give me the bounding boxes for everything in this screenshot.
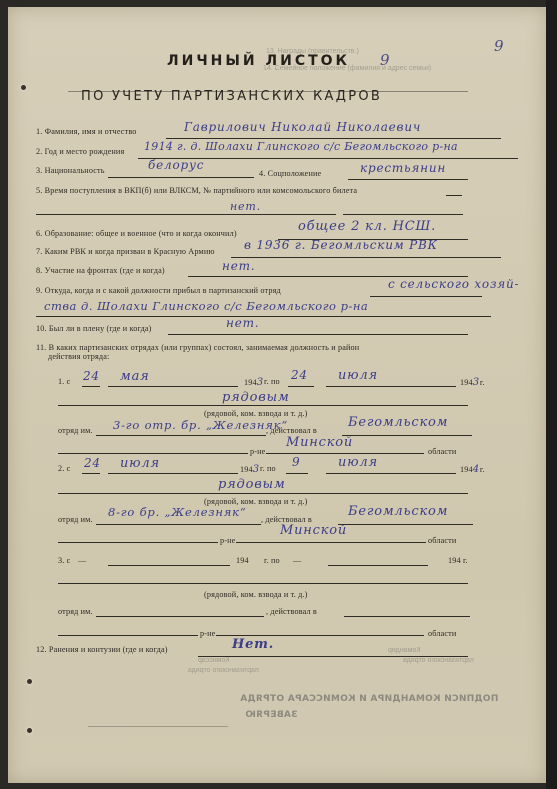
det-to-year: 194 г. — [448, 556, 468, 565]
det-to-label: г. по — [260, 464, 276, 473]
unit-label: отряд им. — [58, 426, 93, 435]
det-to-year: 1944г. — [460, 464, 485, 475]
field-3-label: 3. Национальность — [36, 166, 105, 175]
scan-edge-shadow — [546, 0, 557, 789]
det-unit: 8-го бр. „Железняк“ — [108, 505, 247, 519]
region-underline — [266, 453, 424, 454]
field-1-value: Гаврилович Николай Николаевич — [184, 120, 421, 134]
acted-label: , действовал в — [266, 426, 317, 435]
field-12-underline — [198, 656, 468, 657]
det-to-label: г. по — [264, 377, 280, 386]
month-underline — [108, 386, 238, 387]
field-9-underline-2 — [36, 316, 491, 317]
field-5-dash — [446, 195, 462, 196]
field-11-label-2: действия отряда: — [48, 352, 109, 361]
field-12-value: Нет. — [232, 637, 274, 652]
document-title: ЛИЧНЫЙ ЛИСТОК — [167, 53, 350, 69]
det-to-month: июля — [338, 455, 378, 470]
position-caption: (рядовой, ком. взвода и т. д.) — [204, 409, 308, 418]
det-district: Бегомльском — [348, 415, 448, 430]
field-10-label: 10. Был ли в плену (где и когда) — [36, 324, 152, 333]
bleed-line — [88, 726, 228, 727]
det-num: 1. с — [58, 377, 70, 386]
field-5-underline — [36, 214, 336, 215]
det-from-day: 24 — [83, 369, 100, 383]
unit-underline — [96, 524, 261, 525]
month-underline — [108, 565, 230, 566]
det-region: Минской — [286, 435, 353, 450]
handwritten-sheet-number: 9 — [380, 51, 390, 69]
det-from-month: мая — [120, 369, 150, 384]
district-underline — [338, 524, 473, 525]
field-8-value: нет. — [222, 259, 255, 273]
region-label: области — [428, 447, 456, 456]
det-to-label: г. по — [264, 556, 280, 565]
field-5-label: 5. Время поступления в ВКП(б) или ВЛКСМ,… — [36, 186, 357, 195]
field-2-label: 2. Год и место рождения — [36, 147, 124, 156]
det-from-year: 1943 — [244, 377, 264, 388]
bleed-text: Комиссар — [198, 657, 229, 664]
det-to-day: 24 — [291, 368, 308, 382]
punch-hole — [21, 85, 26, 90]
unit-label: отряд им. — [58, 515, 93, 524]
day-underline — [288, 386, 314, 387]
field-9-value-line2: ства д. Шолахи Глинского с/с Бегомльског… — [44, 299, 368, 313]
position-underline — [58, 493, 468, 494]
field-7-label: 7. Каким РВК и когда призван в Красную А… — [36, 247, 215, 256]
field-9-underline — [370, 296, 482, 297]
position-underline — [58, 405, 468, 406]
det-district: Бегомльском — [348, 504, 448, 519]
unit-underline — [96, 435, 266, 436]
region-underline — [236, 542, 426, 543]
bleed-text: партизанского отряда — [188, 667, 259, 674]
month-underline — [108, 473, 238, 474]
field-10-value: нет. — [226, 316, 259, 330]
district-underline — [344, 616, 470, 617]
month-underline — [326, 473, 456, 474]
bleed-text: партизанского отряда — [403, 657, 474, 664]
field-9-label: 9. Откуда, когда и с какой должности при… — [36, 286, 281, 295]
bleed-stamp: ЗАВЕРЯЮ — [245, 710, 298, 720]
field-3-underline — [108, 177, 254, 178]
bleed-stamp: ПОДПИСИ КОМАНДИРА И КОМИССАРА ОТРЯДА — [240, 694, 498, 704]
field-6-value: общее 2 кл. НСШ. — [298, 219, 436, 234]
field-11-label: 11. В каких партизанских отрядах (или гр… — [36, 343, 359, 352]
field-2-value: 1914 г. д. Шолахи Глинского с/с Бегомльс… — [144, 140, 458, 153]
position-caption: (рядовой, ком. взвода и т. д.) — [204, 590, 308, 599]
district-label: р-не — [250, 447, 265, 456]
det-from-year: 194 — [236, 556, 249, 565]
document-subtitle: ПО УЧЕТУ ПАРТИЗАНСКИХ КАДРОВ — [81, 89, 382, 104]
field-4-label: 4. Соцположение — [259, 169, 321, 178]
region-underline — [216, 635, 424, 636]
day-underline — [286, 473, 308, 474]
field-5-underline-2 — [343, 214, 463, 215]
day-underline — [82, 386, 100, 387]
det-unit: 3-го отр. бр. „Железняк“ — [113, 418, 288, 432]
det-num: 3. с — [58, 556, 70, 565]
acted-label: , действовал в — [266, 607, 317, 616]
district-label: р-не — [200, 629, 215, 638]
unit-underline — [96, 616, 264, 617]
det-to-year: 1943г. — [460, 377, 485, 388]
field-5-value: нет. — [230, 200, 261, 213]
det-region: Минской — [280, 523, 347, 538]
det-to-day: 9 — [292, 455, 300, 469]
district-label: р-не — [220, 536, 235, 545]
field-7-value: в 1936 г. Бегомльским РВК — [244, 238, 438, 252]
rayon-underline — [58, 542, 218, 543]
field-9-value-line1: с сельского хозяй- — [388, 277, 519, 291]
field-1-underline — [166, 138, 501, 139]
unit-label: отряд им. — [58, 607, 93, 616]
rayon-underline — [58, 635, 198, 636]
det-num: 2. с — [58, 464, 70, 473]
det-from-month: июля — [120, 456, 160, 471]
rayon-underline — [58, 453, 248, 454]
region-label: области — [428, 629, 456, 638]
field-7-underline — [231, 257, 501, 258]
punch-hole — [27, 679, 32, 684]
det-to-day: — — [293, 556, 301, 565]
field-1-label: 1. Фамилия, имя и отчество — [36, 127, 137, 136]
det-from-year: 1943 — [240, 464, 260, 475]
field-4-underline — [348, 179, 468, 180]
corner-sheet-number: 9 — [494, 37, 504, 55]
punch-hole — [27, 728, 32, 733]
month-underline — [328, 565, 428, 566]
det-from-day: — — [78, 556, 86, 565]
field-8-label: 8. Участие на фронтах (где и когда) — [36, 266, 165, 275]
det-from-day: 24 — [84, 456, 101, 470]
month-underline — [326, 386, 456, 387]
field-10-underline — [168, 334, 468, 335]
det-position: рядовым — [218, 477, 286, 492]
district-underline — [342, 435, 472, 436]
det-to-month: июля — [338, 368, 378, 383]
field-6-label: 6. Образование: общее и военное (что и к… — [36, 229, 237, 238]
position-underline — [58, 583, 468, 584]
det-position: рядовым — [222, 390, 290, 405]
field-4-value: крестьянин — [360, 161, 446, 175]
bleed-text: Командир — [388, 647, 420, 654]
document-page: 13. Награды (правительств.) 14. Семейное… — [8, 7, 546, 783]
field-3-value: белорус — [148, 158, 204, 172]
region-label: области — [428, 536, 456, 545]
day-underline — [82, 473, 100, 474]
field-12-label: 12. Ранения и контузии (где и когда) — [36, 645, 168, 654]
